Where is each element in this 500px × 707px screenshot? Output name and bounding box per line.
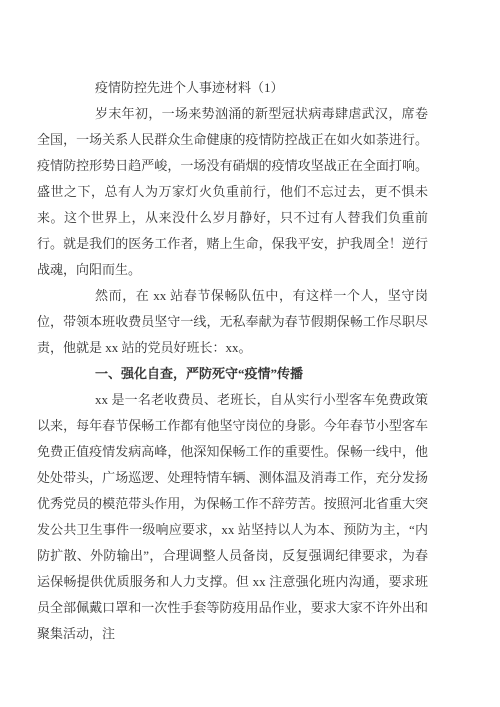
section-heading: 一、强化自查，严防死守“疫情”传播 xyxy=(37,361,428,387)
document-text-block: 疫情防控先进个人事迹材料（1） 岁末年初，一场来势汹涌的新型冠状病毒肆虐武汉，席… xyxy=(37,75,428,647)
body-paragraph: xx 是一名老收费员、老班长，自从实行小型客车免费政策以来，每年春节保畅工作都有… xyxy=(37,387,428,647)
body-paragraph: 然而，在 xx 站春节保畅队伍中，有这样一个人，坚守岗位，带领本班收费员坚守一线… xyxy=(37,283,428,361)
page-background: { "page": { "background_color": "#ffffff… xyxy=(0,0,500,707)
document-title: 疫情防控先进个人事迹材料（1） xyxy=(37,75,428,101)
document-body: 岁末年初，一场来势汹涌的新型冠状病毒肆虐武汉，席卷全国，一场关系人民群众生命健康… xyxy=(37,101,428,647)
document-page: 疫情防控先进个人事迹材料（1） 岁末年初，一场来势汹涌的新型冠状病毒肆虐武汉，席… xyxy=(0,0,500,707)
body-paragraph: 岁末年初，一场来势汹涌的新型冠状病毒肆虐武汉，席卷全国，一场关系人民群众生命健康… xyxy=(37,101,428,283)
